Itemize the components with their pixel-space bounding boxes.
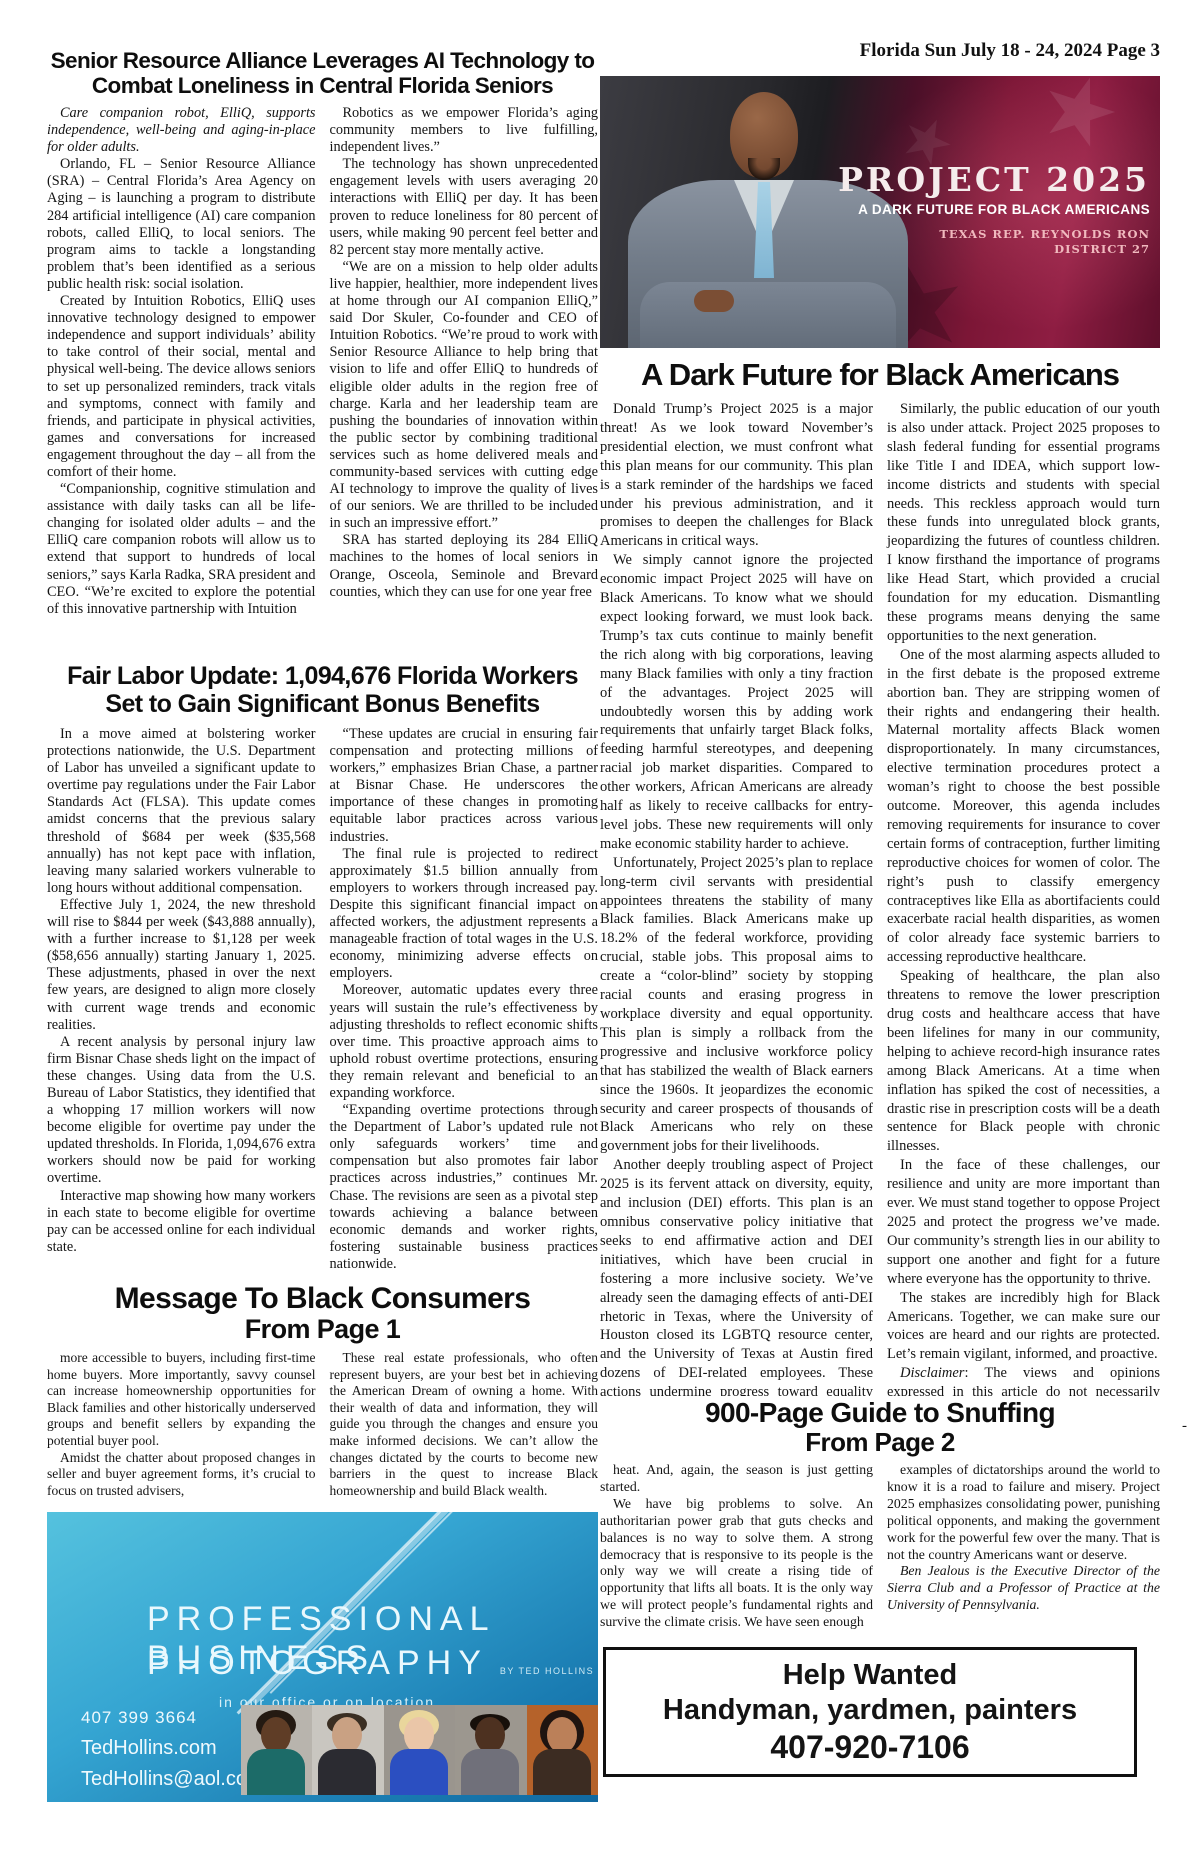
ad-byline: BY TED HOLLINS	[500, 1666, 594, 1676]
ad-phone: 407 399 3664	[81, 1708, 264, 1728]
article-dark-future: A Dark Future for Black Americans Donald…	[600, 358, 1160, 1396]
article-columns: Care companion robot, ElliQ, supports in…	[47, 105, 598, 618]
article-fair-labor: Fair Labor Update: 1,094,676 Florida Wor…	[47, 662, 598, 1280]
article-paragraph: We simply cannot ignore the projected ec…	[600, 551, 873, 854]
masthead: Florida Sun July 18 - 24, 2024 Page 3	[600, 40, 1160, 62]
article-subheadline: From Page 2	[600, 1428, 1160, 1456]
article-paragraph: more accessible to buyers, including fir…	[47, 1350, 316, 1450]
article-headline: A Dark Future for Black Americans	[600, 358, 1160, 392]
article-paragraph: “These updates are crucial in ensuring f…	[330, 726, 599, 846]
hand	[694, 290, 734, 312]
article-paragraph: Unfortunately, Project 2025’s plan to re…	[600, 854, 873, 1157]
ad-title-line2: PHOTOGRAPHYBY TED HOLLINS	[147, 1644, 594, 1683]
newspaper-page: Florida Sun July 18 - 24, 2024 Page 3 Se…	[0, 0, 1200, 1855]
article-paragraph: Effective July 1, 2024, the new threshol…	[47, 897, 316, 1034]
photography-ad[interactable]: PROFESSIONAL BUSINESS PHOTOGRAPHYBY TED …	[47, 1512, 598, 1802]
article-paragraph: “We are on a mission to help older adult…	[330, 259, 599, 533]
article-column-left: heat. And, again, the season is just get…	[600, 1462, 873, 1631]
article-paragraph: Robotics as we empower Florida’s aging c…	[330, 105, 599, 156]
article-subheadline: From Page 1	[47, 1315, 598, 1344]
article-paragraph: Another deeply troubling aspect of Proje…	[600, 1156, 873, 1396]
headshot-photo	[527, 1705, 598, 1795]
ad-website[interactable]: TedHollins.com	[81, 1737, 264, 1760]
article-senior-resource: Senior Resource Alliance Leverages AI Te…	[47, 48, 598, 660]
article-paragraph: Amidst the chatter about proposed change…	[47, 1450, 316, 1500]
article-column-left: more accessible to buyers, including fir…	[47, 1350, 316, 1499]
ad-email[interactable]: TedHollins@aol.com	[81, 1768, 264, 1791]
article-column-right: These real estate professionals, who oft…	[330, 1350, 599, 1499]
article-column-right: examples of dictatorships around the wor…	[887, 1462, 1160, 1631]
star-decoration: ★	[1025, 76, 1134, 173]
article-paragraph: Interactive map showing how many workers…	[47, 1188, 316, 1256]
article-columns: Donald Trump’s Project 2025 is a major t…	[600, 400, 1160, 1396]
article-paragraph: One of the most alarming aspects alluded…	[887, 646, 1160, 967]
article-paragraph: Similarly, the public education of our y…	[887, 400, 1160, 646]
article-headline: 900-Page Guide to Snuffing From Page 2	[600, 1398, 1160, 1456]
article-paragraph: These real estate professionals, who oft…	[330, 1350, 599, 1499]
article-headline: Fair Labor Update: 1,094,676 Florida Wor…	[47, 662, 598, 718]
promo-credit: TEXAS REP. REYNOLDS RON DISTRICT 27	[838, 227, 1150, 257]
article-paragraph: We have big problems to solve. An author…	[600, 1496, 873, 1631]
article-column-right: Similarly, the public education of our y…	[887, 400, 1160, 1396]
article-byline: Ben Jealous is the Executive Director of…	[887, 1563, 1160, 1614]
headshot-photo	[455, 1705, 526, 1795]
article-lede: Care companion robot, ElliQ, supports in…	[47, 105, 316, 156]
article-headline: Senior Resource Alliance Leverages AI Te…	[47, 48, 598, 98]
article-column-left: Donald Trump’s Project 2025 is a major t…	[600, 400, 873, 1396]
article-paragraph: Orlando, FL – Senior Resource Alliance (…	[47, 156, 316, 293]
help-wanted-roles: Handyman, yardmen, painters	[663, 1692, 1077, 1728]
article-paragraph: In the face of these challenges, our res…	[887, 1156, 1160, 1288]
stray-mark: -	[1182, 1418, 1187, 1435]
article-columns: more accessible to buyers, including fir…	[47, 1350, 598, 1499]
article-headline: Message To Black Consumers From Page 1	[47, 1282, 598, 1344]
article-paragraph: examples of dictatorships around the wor…	[887, 1462, 1160, 1563]
crossed-arms	[640, 282, 896, 348]
article-paragraph: “Expanding overtime protections through …	[330, 1102, 599, 1273]
article-paragraph: Moreover, automatic updates every three …	[330, 982, 599, 1102]
article-paragraph: The final rule is projected to redirect …	[330, 846, 599, 983]
article-column-left: Care companion robot, ElliQ, supports in…	[47, 105, 316, 618]
help-wanted-box: Help Wanted Handyman, yardmen, painters …	[603, 1647, 1137, 1777]
help-wanted-title: Help Wanted	[783, 1658, 958, 1692]
article-paragraph: “Companionship, cognitive stimulation an…	[47, 481, 316, 618]
article-snuffing: 900-Page Guide to Snuffing From Page 2 h…	[600, 1398, 1160, 1642]
article-disclaimer: Disclaimer: The views and opinions expre…	[887, 1364, 1160, 1396]
headshot-photo	[384, 1705, 455, 1795]
article-paragraph: Donald Trump’s Project 2025 is a major t…	[600, 400, 873, 551]
promo-title: PROJECT 2025	[838, 162, 1150, 198]
ad-contact-block: 407 399 3664 TedHollins.com TedHollins@a…	[81, 1708, 264, 1791]
article-column-right: “These updates are crucial in ensuring f…	[330, 726, 599, 1273]
help-wanted-phone: 407-920-7106	[770, 1728, 969, 1766]
article-paragraph: The stakes are incredibly high for Black…	[887, 1289, 1160, 1365]
article-column-left: In a move aimed at bolstering worker pro…	[47, 726, 316, 1273]
article-message-consumers: Message To Black Consumers From Page 1 m…	[47, 1282, 598, 1510]
promo-subtitle: A DARK FUTURE FOR BLACK AMERICANS	[838, 202, 1150, 217]
article-columns: heat. And, again, the season is just get…	[600, 1462, 1160, 1631]
article-paragraph: Speaking of healthcare, the plan also th…	[887, 967, 1160, 1156]
promo-text-block: PROJECT 2025 A DARK FUTURE FOR BLACK AME…	[838, 162, 1150, 257]
article-paragraph: The technology has shown unprecedented e…	[330, 156, 599, 259]
project-2025-promo-image: ★ ★ ★ PROJECT 2025 A DARK FUTURE FOR BLA…	[600, 76, 1160, 348]
article-columns: In a move aimed at bolstering worker pro…	[47, 726, 598, 1273]
article-paragraph: heat. And, again, the season is just get…	[600, 1462, 873, 1496]
headshot-strip	[241, 1705, 598, 1795]
article-paragraph: In a move aimed at bolstering worker pro…	[47, 726, 316, 897]
headshot-photo	[312, 1705, 383, 1795]
article-column-right: Robotics as we empower Florida’s aging c…	[330, 105, 599, 618]
article-paragraph: Created by Intuition Robotics, ElliQ use…	[47, 293, 316, 481]
article-paragraph: A recent analysis by personal injury law…	[47, 1034, 316, 1188]
headshot-photo	[241, 1705, 312, 1795]
article-paragraph: SRA has started deploying its 284 ElliQ …	[330, 532, 599, 600]
